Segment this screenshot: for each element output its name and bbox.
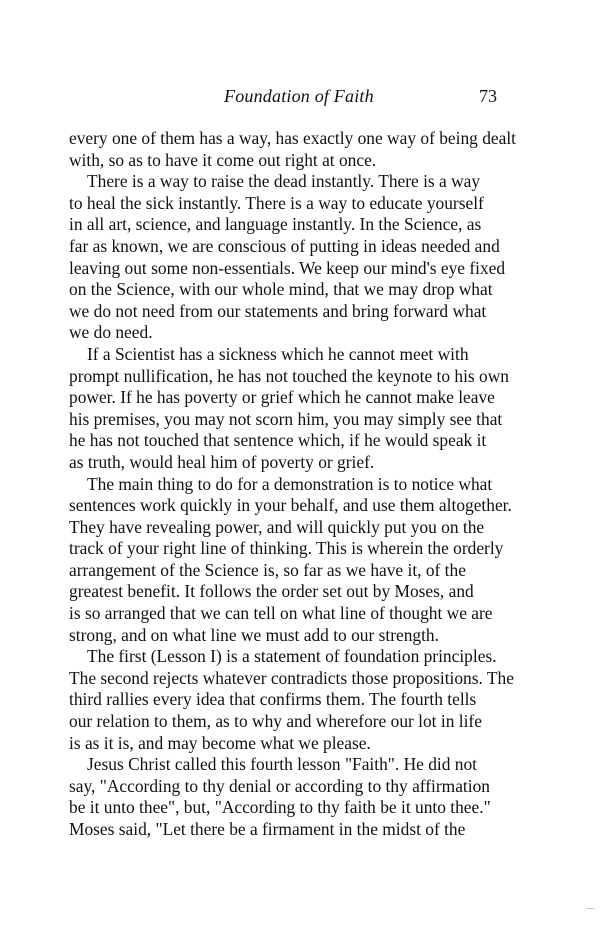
text-line: The first (Lesson I) is a statement of f…: [69, 646, 461, 668]
text-line: Jesus Christ called this fourth lesson "…: [69, 754, 461, 776]
text-line: The second rejects whatever contradicts …: [69, 668, 461, 690]
text-line: third rallies every idea that confirms t…: [69, 689, 461, 711]
paragraph: Jesus Christ called this fourth lesson "…: [69, 754, 461, 840]
text-line: say, "According to thy denial or accordi…: [69, 776, 461, 798]
page-number: 73: [479, 86, 497, 107]
paragraph: There is a way to raise the dead instant…: [69, 171, 461, 344]
scan-artifact-mark: [586, 908, 594, 909]
text-line: we do not need from our statements and b…: [69, 301, 461, 323]
paragraph: If a Scientist has a sickness which he c…: [69, 344, 461, 474]
text-line: his premises, you may not scorn him, you…: [69, 409, 461, 431]
text-line: be it unto thee", but, "According to thy…: [69, 797, 461, 819]
text-line: arrangement of the Science is, so far as…: [69, 560, 461, 582]
body-text: every one of them has a way, has exactly…: [69, 128, 461, 841]
text-line: If a Scientist has a sickness which he c…: [69, 344, 461, 366]
book-page: Foundation of Faith 73 every one of them…: [0, 0, 600, 931]
text-line: far as known, we are conscious of puttin…: [69, 236, 461, 258]
text-line: as truth, would heal him of poverty or g…: [69, 452, 461, 474]
paragraph: The main thing to do for a demonstration…: [69, 474, 461, 647]
text-line: There is a way to raise the dead instant…: [69, 171, 461, 193]
text-line: They have revealing power, and will quic…: [69, 517, 461, 539]
text-line: leaving out some non-essentials. We keep…: [69, 258, 461, 280]
text-line: strong, and on what line we must add to …: [69, 625, 461, 647]
text-line: greatest benefit. It follows the order s…: [69, 581, 461, 603]
text-line: power. If he has poverty or grief which …: [69, 387, 461, 409]
text-line: with, so as to have it come out right at…: [69, 150, 461, 172]
text-line: track of your right line of thinking. Th…: [69, 538, 461, 560]
text-line: we do need.: [69, 322, 461, 344]
text-line: is so arranged that we can tell on what …: [69, 603, 461, 625]
text-line: is as it is, and may become what we plea…: [69, 733, 461, 755]
text-line: sentences work quickly in your behalf, a…: [69, 495, 461, 517]
running-head: Foundation of Faith: [224, 86, 374, 107]
text-line: prompt nullification, he has not touched…: [69, 366, 461, 388]
paragraph: every one of them has a way, has exactly…: [69, 128, 461, 171]
text-line: our relation to them, as to why and wher…: [69, 711, 461, 733]
text-line: every one of them has a way, has exactly…: [69, 128, 461, 150]
paragraph: The first (Lesson I) is a statement of f…: [69, 646, 461, 754]
text-line: he has not touched that sentence which, …: [69, 430, 461, 452]
text-line: in all art, science, and language instan…: [69, 214, 461, 236]
text-line: to heal the sick instantly. There is a w…: [69, 193, 461, 215]
text-line: on the Science, with our whole mind, tha…: [69, 279, 461, 301]
text-line: The main thing to do for a demonstration…: [69, 474, 461, 496]
text-line: Moses said, "Let there be a firmament in…: [69, 819, 461, 841]
